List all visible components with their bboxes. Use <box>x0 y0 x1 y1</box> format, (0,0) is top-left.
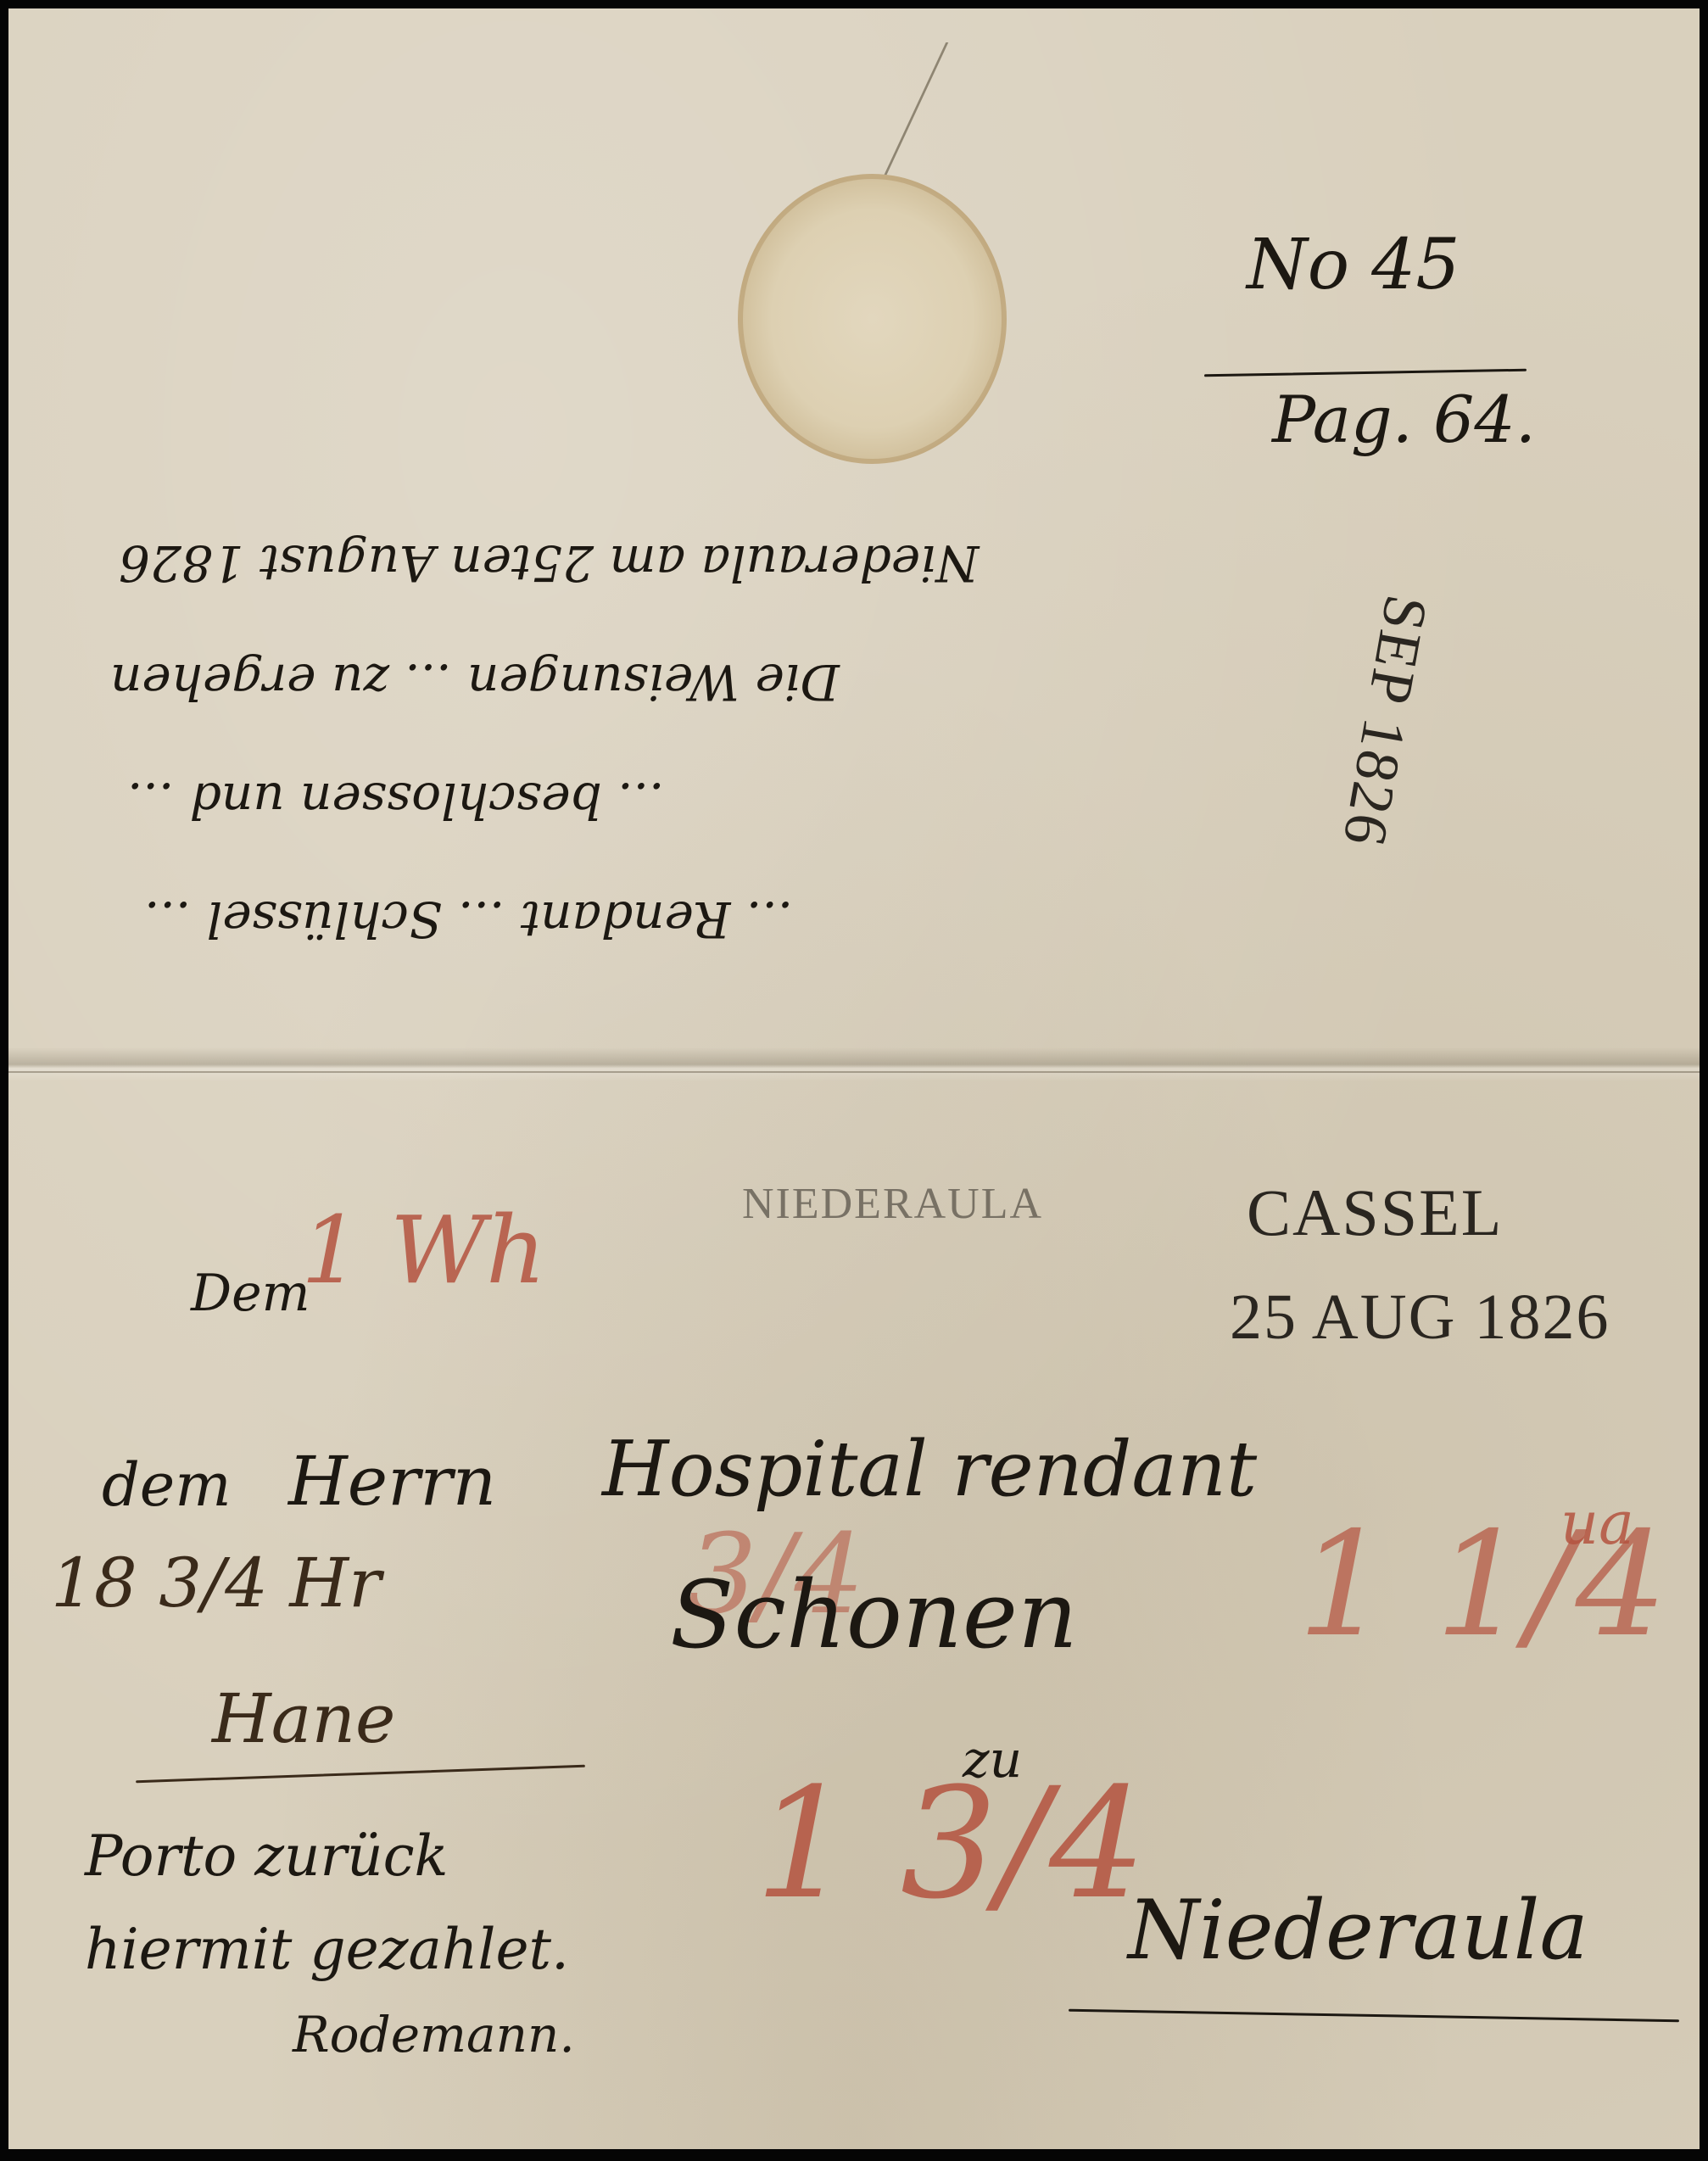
fold-crease <box>8 1071 1700 1073</box>
signature-hane: Hane <box>212 1679 395 1758</box>
signature-hane-flourish <box>136 1765 585 1783</box>
address-destination: Niederaula <box>1128 1883 1588 1978</box>
upside-down-line-1: Niederaula am 25ten August 1826 <box>119 534 979 592</box>
cassel-postmark-city: CASSEL <box>1247 1175 1503 1251</box>
wax-seal-icon <box>738 174 1007 464</box>
address-prefix: Dem <box>191 1264 310 1323</box>
address-herrn: Herrn <box>288 1442 496 1521</box>
docket-number: No 45 <box>1247 225 1460 305</box>
origin-postmark: NIEDERAULA <box>742 1179 1043 1229</box>
signature-rodemann: Rodemann. <box>293 2006 575 2063</box>
rotated-date-stamp: SEP 1826 <box>1328 590 1442 852</box>
horizontal-fold <box>8 1047 1700 1081</box>
address-title: Hospital rendant <box>602 1425 1257 1514</box>
docket-underline <box>1204 369 1527 377</box>
address-name: Schonen <box>670 1561 1078 1669</box>
address-dem: dem <box>102 1450 232 1520</box>
rate-notation: 18 3/4 Hr <box>51 1544 381 1622</box>
docket-page: Pag. 64. <box>1272 382 1536 457</box>
red-rate-mark-top: 1 Wh <box>301 1196 546 1304</box>
upside-down-line-2: Die Weisungen ... zu ergehen <box>110 653 840 711</box>
upside-down-line-4: ... Rendant ... Schlüssel ... <box>144 891 793 948</box>
red-mark-far-right: ua <box>1560 1488 1634 1558</box>
red-rate-mark-large: 1 3/4 <box>755 1756 1146 1933</box>
letter-sheet: No 45 Pag. 64. SEP 1826 Niederaula am 25… <box>8 8 1700 2149</box>
porto-note-line-1: Porto zurück <box>85 1823 449 1889</box>
upside-down-line-3: ... beschlossen und ... <box>127 772 665 829</box>
address-zu: zu <box>963 1730 1022 1790</box>
cassel-postmark-date: 25 AUG 1826 <box>1230 1281 1610 1354</box>
destination-underline <box>1069 2009 1679 2023</box>
porto-note-line-2: hiermit gezahlet. <box>85 1917 569 1982</box>
